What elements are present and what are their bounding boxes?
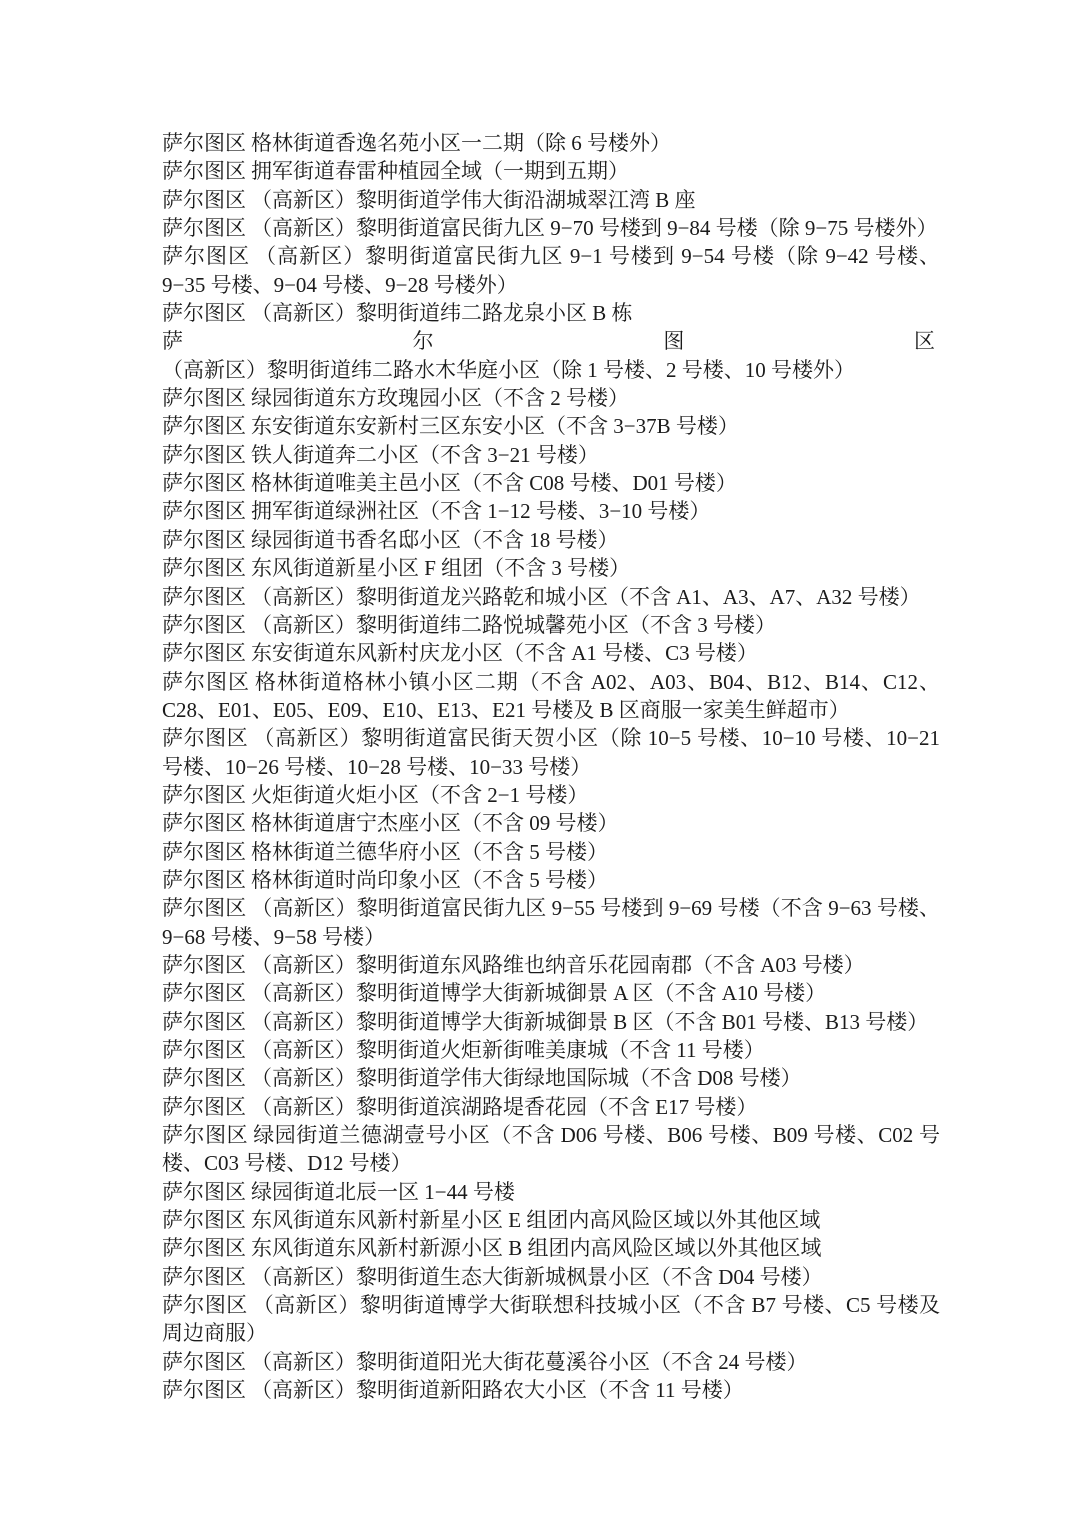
list-item: 萨尔图区（高新区）黎明街道富民街九区 9−1 号楼到 9−54 号楼（除 9−4… [162, 242, 940, 299]
district-label: 萨尔图区 [162, 414, 251, 438]
district-label: 萨尔图区 [162, 1095, 251, 1119]
area-text: 东风街道东风新村新源小区 B 组团内高风险区域以外其他区域 [251, 1236, 822, 1260]
list-item: 萨尔图区（高新区）黎明街道富民街九区 9−55 号楼到 9−69 号楼（不含 9… [162, 894, 940, 951]
area-text: 格林街道兰德华府小区（不含 5 号楼） [251, 840, 608, 864]
area-text: （高新区）黎明街道龙兴路乾和城小区（不含 A1、A3、A7、A32 号楼） [251, 585, 921, 609]
district-label: 萨尔图区 [162, 981, 251, 1005]
list-item: 萨尔图区（高新区）黎明街道博学大街新城御景 A 区（不含 A10 号楼） [162, 979, 940, 1007]
list-item: 萨尔图区格林街道唯美主邑小区（不含 C08 号楼、D01 号楼） [162, 469, 940, 497]
list-item: 萨尔图区东风街道新星小区 F 组团（不含 3 号楼） [162, 554, 940, 582]
district-label: 萨尔图区 [162, 783, 251, 807]
district-label: 萨尔图区 [162, 244, 255, 268]
district-label: 萨尔图区 [162, 1265, 251, 1289]
list-item: 萨尔图区绿园街道书香名邸小区（不含 18 号楼） [162, 526, 940, 554]
district-label: 萨尔图区 [162, 1180, 251, 1204]
district-label: 萨尔图区 [162, 131, 251, 155]
area-text: 格林街道格林小镇小区二期（不含 A02、A03、B04、B12、B14、C12、… [162, 670, 940, 722]
list-item: 萨尔图区铁人街道奔二小区（不含 3−21 号楼） [162, 441, 940, 469]
list-item: 萨尔图区格林街道格林小镇小区二期（不含 A02、A03、B04、B12、B14、… [162, 668, 940, 725]
district-label: 萨尔图区 [162, 953, 251, 977]
list-item: 萨尔图区东风街道东风新村新星小区 E 组团内高风险区域以外其他区域 [162, 1206, 940, 1234]
area-text: 东安街道东安新村三区东安小区（不含 3−37B 号楼） [251, 414, 739, 438]
district-label: 萨尔图区 [162, 471, 251, 495]
district-label: 萨尔图区 [162, 1208, 251, 1232]
area-text: 铁人街道奔二小区（不含 3−21 号楼） [251, 443, 599, 467]
district-label: 萨尔图区 [162, 1123, 253, 1147]
district-label: 萨尔图区 [162, 1350, 251, 1374]
list-item: 萨尔图区（高新区）黎明街道纬二路悦城馨苑小区（不含 3 号楼） [162, 611, 940, 639]
district-label: 萨尔图区 [162, 1010, 251, 1034]
area-text: 格林街道香逸名苑小区一二期（除 6 号楼外） [251, 131, 671, 155]
list-item: 萨尔图区（高新区）黎明街道火炬新街唯美康城（不含 11 号楼） [162, 1036, 940, 1064]
area-text: （高新区）黎明街道博学大街新城御景 B 区（不含 B01 号楼、B13 号楼） [251, 1010, 928, 1034]
area-text: （高新区）黎明街道滨湖路堤香花园（不含 E17 号楼） [251, 1095, 757, 1119]
list-item: 萨尔图区（高新区）黎明街道博学大街联想科技城小区（不含 B7 号楼、C5 号楼及… [162, 1291, 940, 1348]
area-text: （高新区）黎明街道火炬新街唯美康城（不含 11 号楼） [251, 1038, 765, 1062]
district-label: 萨尔图区 [162, 1293, 253, 1317]
list-item: 萨尔图区东风街道东风新村新源小区 B 组团内高风险区域以外其他区域 [162, 1234, 940, 1262]
district-label: 萨尔图区 [162, 329, 940, 353]
area-text: （高新区）黎明街道富民街九区 9−70 号楼到 9−84 号楼（除 9−75 号… [251, 216, 938, 240]
document-page: 萨尔图区格林街道香逸名苑小区一二期（除 6 号楼外） 萨尔图区拥军街道春雷种植园… [0, 0, 1080, 1526]
area-text: 拥军街道春雷种植园全域（一期到五期） [251, 159, 629, 183]
list-item: 萨尔图区东安街道东风新村庆龙小区（不含 A1 号楼、C3 号楼） [162, 639, 940, 667]
list-item: 萨尔图区（高新区）黎明街道龙兴路乾和城小区（不含 A1、A3、A7、A32 号楼… [162, 583, 940, 611]
area-text: （高新区）黎明街道生态大街新城枫景小区（不含 D04 号楼） [251, 1265, 823, 1289]
district-label: 萨尔图区 [162, 1236, 251, 1260]
area-text: （高新区）黎明街道阳光大街花蔓溪谷小区（不含 24 号楼） [251, 1350, 808, 1374]
area-text: 绿园街道书香名邸小区（不含 18 号楼） [251, 528, 619, 552]
list-item: 萨尔图区（高新区）黎明街道学伟大街沿湖城翠江湾 B 座 [162, 186, 940, 214]
area-text: 绿园街道北辰一区 1−44 号楼 [251, 1180, 515, 1204]
area-text: 拥军街道绿洲社区（不含 1−12 号楼、3−10 号楼） [251, 499, 710, 523]
district-label: 萨尔图区 [162, 443, 251, 467]
list-item: 萨尔图区（高新区）黎明街道纬二路龙泉小区 B 栋 [162, 299, 940, 327]
area-text: （高新区）黎明街道东风路维也纳音乐花园南郡（不含 A03 号楼） [251, 953, 865, 977]
district-label: 萨尔图区 [162, 811, 251, 835]
district-label: 萨尔图区 [162, 585, 251, 609]
area-text: 绿园街道兰德湖壹号小区（不含 D06 号楼、B06 号楼、B09 号楼、C02 … [162, 1123, 940, 1175]
district-label: 萨尔图区 [162, 840, 251, 864]
district-label: 萨尔图区 [162, 159, 251, 183]
area-text: 东风街道新星小区 F 组团（不含 3 号楼） [251, 556, 630, 580]
district-area-list: 萨尔图区格林街道香逸名苑小区一二期（除 6 号楼外） 萨尔图区拥军街道春雷种植园… [162, 129, 940, 1404]
district-label: 萨尔图区 [162, 641, 251, 665]
district-label: 萨尔图区 [162, 301, 251, 325]
list-item: 萨尔图区（高新区）黎明街道学伟大街绿地国际城（不含 D08 号楼） [162, 1064, 940, 1092]
district-label: 萨尔图区 [162, 613, 251, 637]
district-label: 萨尔图区 [162, 1378, 251, 1402]
list-item: 萨尔图区格林街道香逸名苑小区一二期（除 6 号楼外） [162, 129, 940, 157]
area-text: （高新区）黎明街道纬二路悦城馨苑小区（不含 3 号楼） [251, 613, 776, 637]
district-label: 萨尔图区 [162, 896, 251, 920]
area-text: 格林街道时尚印象小区（不含 5 号楼） [251, 868, 608, 892]
list-item: 萨尔图区火炬街道火炬小区（不含 2−1 号楼） [162, 781, 940, 809]
district-label: 萨尔图区 [162, 670, 255, 694]
area-text: 格林街道唯美主邑小区（不含 C08 号楼、D01 号楼） [251, 471, 737, 495]
list-item: 萨尔图区（高新区）黎明街道滨湖路堤香花园（不含 E17 号楼） [162, 1093, 940, 1121]
list-item: 萨尔图区东安街道东安新村三区东安小区（不含 3−37B 号楼） [162, 412, 940, 440]
district-label: 萨尔图区 [162, 528, 251, 552]
list-item: 萨尔图区（高新区）黎明街道阳光大街花蔓溪谷小区（不含 24 号楼） [162, 1348, 940, 1376]
area-text: （高新区）黎明街道博学大街联想科技城小区（不含 B7 号楼、C5 号楼及周边商服… [162, 1293, 940, 1345]
area-text: （高新区）黎明街道纬二路龙泉小区 B 栋 [251, 301, 633, 325]
list-item: 萨尔图区（高新区）黎明街道新阳路农大小区（不含 11 号楼） [162, 1376, 940, 1404]
area-text: （高新区）黎明街道新阳路农大小区（不含 11 号楼） [251, 1378, 744, 1402]
area-text: （高新区）黎明街道富民街天贺小区（除 10−5 号楼、10−10 号楼、10−2… [162, 726, 940, 778]
list-item: 萨尔图区绿园街道北辰一区 1−44 号楼 [162, 1178, 940, 1206]
list-item: 萨尔图区绿园街道兰德湖壹号小区（不含 D06 号楼、B06 号楼、B09 号楼、… [162, 1121, 940, 1178]
area-text: 格林街道唐宁杰座小区（不含 09 号楼） [251, 811, 619, 835]
list-item: 萨尔图区绿园街道东方玫瑰园小区（不含 2 号楼） [162, 384, 940, 412]
district-label: 萨尔图区 [162, 216, 251, 240]
list-item: 萨尔图区（高新区）黎明街道博学大街新城御景 B 区（不含 B01 号楼、B13 … [162, 1008, 940, 1036]
list-item: 萨尔图区格林街道时尚印象小区（不含 5 号楼） [162, 866, 940, 894]
area-text: 东安街道东风新村庆龙小区（不含 A1 号楼、C3 号楼） [251, 641, 758, 665]
list-item: 萨尔图区（高新区）黎明街道纬二路水木华庭小区（除 1 号楼、2 号楼、10 号楼… [162, 327, 940, 384]
list-item: 萨尔图区格林街道兰德华府小区（不含 5 号楼） [162, 838, 940, 866]
list-item: 萨尔图区（高新区）黎明街道富民街九区 9−70 号楼到 9−84 号楼（除 9−… [162, 214, 940, 242]
area-text: （高新区）黎明街道纬二路水木华庭小区（除 1 号楼、2 号楼、10 号楼外） [162, 358, 855, 382]
district-label: 萨尔图区 [162, 556, 251, 580]
district-label: 萨尔图区 [162, 868, 251, 892]
area-text: （高新区）黎明街道富民街九区 9−55 号楼到 9−69 号楼（不含 9−63 … [162, 896, 940, 948]
area-text: 绿园街道东方玫瑰园小区（不含 2 号楼） [251, 386, 629, 410]
area-text: （高新区）黎明街道学伟大街沿湖城翠江湾 B 座 [251, 188, 696, 212]
area-text: （高新区）黎明街道学伟大街绿地国际城（不含 D08 号楼） [251, 1066, 802, 1090]
list-item: 萨尔图区（高新区）黎明街道生态大街新城枫景小区（不含 D04 号楼） [162, 1263, 940, 1291]
district-label: 萨尔图区 [162, 1066, 251, 1090]
list-item: 萨尔图区拥军街道春雷种植园全域（一期到五期） [162, 157, 940, 185]
district-label: 萨尔图区 [162, 188, 251, 212]
list-item: 萨尔图区格林街道唐宁杰座小区（不含 09 号楼） [162, 809, 940, 837]
district-label: 萨尔图区 [162, 499, 251, 523]
list-item: 萨尔图区拥军街道绿洲社区（不含 1−12 号楼、3−10 号楼） [162, 497, 940, 525]
list-item: 萨尔图区（高新区）黎明街道富民街天贺小区（除 10−5 号楼、10−10 号楼、… [162, 724, 940, 781]
district-label: 萨尔图区 [162, 726, 253, 750]
area-text: 火炬街道火炬小区（不含 2−1 号楼） [251, 783, 588, 807]
district-label: 萨尔图区 [162, 386, 251, 410]
list-item: 萨尔图区（高新区）黎明街道东风路维也纳音乐花园南郡（不含 A03 号楼） [162, 951, 940, 979]
area-text: （高新区）黎明街道富民街九区 9−1 号楼到 9−54 号楼（除 9−42 号楼… [162, 244, 940, 296]
area-text: 东风街道东风新村新星小区 E 组团内高风险区域以外其他区域 [251, 1208, 820, 1232]
district-label: 萨尔图区 [162, 1038, 251, 1062]
area-text: （高新区）黎明街道博学大街新城御景 A 区（不含 A10 号楼） [251, 981, 826, 1005]
